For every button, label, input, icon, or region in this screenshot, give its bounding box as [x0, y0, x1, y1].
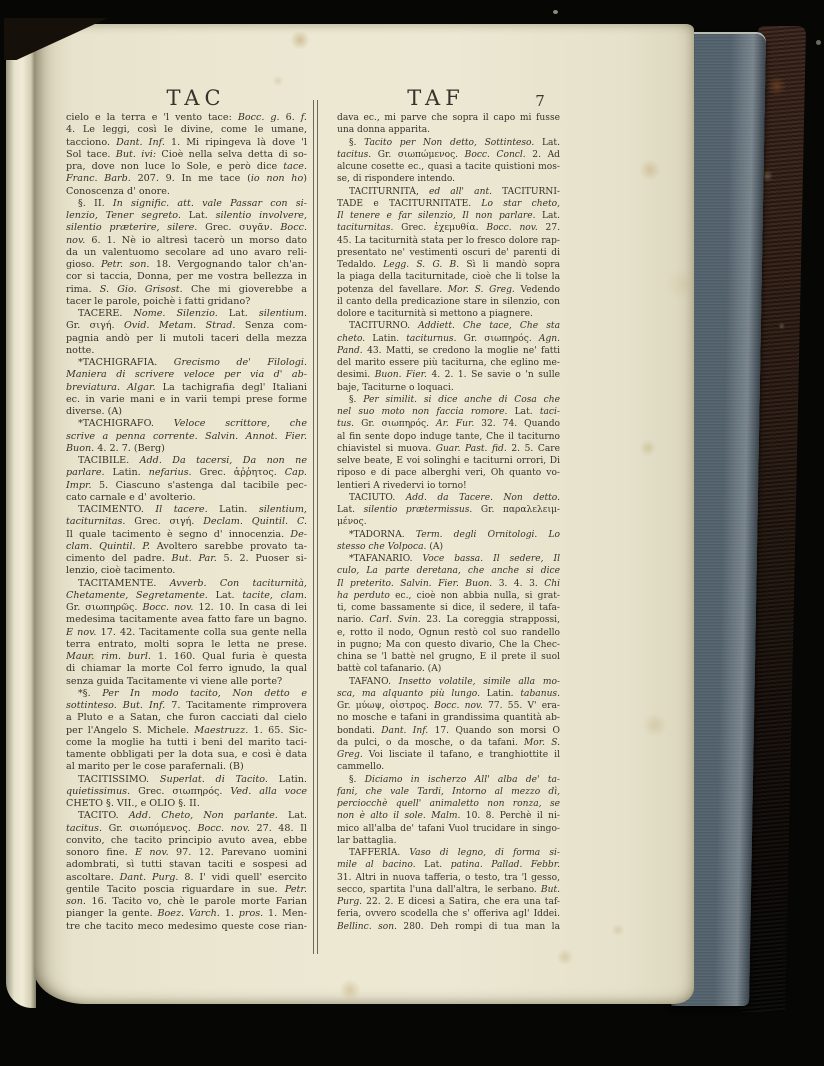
text-line: nario. Carl. Svin. 23. La coreggia strap… [337, 614, 560, 626]
text-line: *TADORNA. Term. degli Ornitologi. Lo [337, 529, 560, 541]
text-line: china se 'l battè nel grugno, E il prete… [337, 651, 560, 663]
text-line: sottinteso. But. Inf. 7. Tacitamente rim… [66, 700, 307, 712]
text-line: §. II. In signific. att. vale Passar con… [66, 198, 307, 210]
text-line: Purg. 22. 2. E dicesi a Satira, che era … [337, 896, 560, 908]
text-line: da un valentuomo secolare ad uno avaro r… [66, 247, 307, 259]
text-line: una donna apparita. [337, 124, 560, 136]
text-line: nov. 6. 1. Nè io altresì tacerò un morso… [66, 235, 307, 247]
text-line: culo, La parte deretana, che anche si di… [337, 565, 560, 577]
text-line: *TACHIGRAFO. Veloce scrittore, che [66, 418, 307, 430]
text-line: ti, come bassamente si dice, il sedere, … [337, 602, 560, 614]
text-line: se, di rispondere intendo. [337, 173, 560, 185]
text-line: e, rotto il nodo, Ognun restò col suo ra… [337, 627, 560, 639]
text-line: Il quale tacimento è segno d' innocenzia… [66, 529, 307, 541]
text-line: dava ec., mi parve che sopra il capo mi … [337, 112, 560, 124]
running-title-left: TAC [166, 86, 225, 110]
running-title-right: TAF [407, 86, 465, 110]
text-line: Buon. 4. 2. 7. (Berg) [66, 443, 307, 455]
text-line: convito, che tacito principio avuto avea… [66, 835, 307, 847]
text-line: lentieri A rivedervi io torno! [337, 480, 560, 492]
text-line: fani, che vale Tardi, Intorno al mezzo d… [337, 786, 560, 798]
text-line: no mosche e tafani in grandissima quanti… [337, 712, 560, 724]
text-line: Conoscenza d' onore. [66, 186, 307, 198]
underlying-page-edge [6, 26, 36, 1008]
text-line: *§. Per In modo tacito, Non detto e [66, 688, 307, 700]
text-line: 45. La taciturnità stata per lo fresco d… [337, 235, 560, 247]
text-line: tacciono. Dant. Inf. 1. Mi ripingeva là … [66, 137, 307, 149]
text-line: Bellinc. son. 280. Deh rompi di tua man … [337, 921, 560, 933]
text-line: Franc. Barb. 207. 9. In me tace (io non … [66, 173, 307, 185]
text-line: cor si taccia, Donna, per me vostra bell… [66, 271, 307, 283]
text-line: §. Per similit. si dice anche di Cosa ch… [337, 394, 560, 406]
text-line: son. 16. Tacito vo, chè le parole morte … [66, 896, 307, 908]
text-line: stesso che Volpoca. (A) [337, 541, 560, 553]
text-line: pagnia andò per li mutoli taceri della m… [66, 333, 307, 345]
text-line: diverse. (A) [66, 406, 307, 418]
text-line: Gr. σιωπηρῶς. Bocc. nov. 12. 10. In casa… [66, 602, 307, 614]
text-line: Lat. silentio prætermissus. Gr. παραλελε… [337, 504, 560, 516]
text-line: CHETO §. VII., e OLIO §. II. [66, 798, 307, 810]
text-line: nel suo moto non faccia romore. Lat. tac… [337, 406, 560, 418]
text-line: Gr. μύωψ, οἶστρος. Bocc. nov. 77. 55. V'… [337, 700, 560, 712]
text-line: adombrati, sì tutti stavan taciti e sosp… [66, 859, 307, 871]
text-line: Tedaldo. Legg. S. G. B. Sì li mandò sopr… [337, 259, 560, 271]
text-line: baje, Taciturne o loquaci. [337, 382, 560, 394]
text-line: al fin sente dopo induge tante, Che il t… [337, 431, 560, 443]
text-line: lenzio, Tener segreto. Lat. silentio inv… [66, 210, 307, 222]
text-line: senza guida Tacitamente vi viene alle po… [66, 676, 307, 688]
text-line: scrive a penna corrente. Salvin. Annot. … [66, 431, 307, 443]
text-line: Pand. 43. Matti, se credono la moglie ne… [337, 345, 560, 357]
text-line: TACIBILE. Add. Da tacersi, Da non ne [66, 455, 307, 467]
text-line: a Pluto e a Satan, che furon cacciati da… [66, 712, 307, 724]
text-line: la piaga della taciturnitade, cioè che l… [337, 271, 560, 283]
text-line: 31. Altri in nuova tafferia, o testo, tr… [337, 872, 560, 884]
text-line: chiavistel si muova. Guar. Past. fid. 2.… [337, 443, 560, 455]
photo-background: TAC TAF 7 cielo e la terra e 'l vento ta… [0, 0, 824, 1066]
text-line: *TAFANARIO. Voce bassa. Il sedere, Il [337, 553, 560, 565]
text-line: perciocchè quell' animaletto non ronza, … [337, 798, 560, 810]
text-line: da pulci, o da mosche, o da tafani. Mor.… [337, 737, 560, 749]
text-line: clam. Quintil. P. Avoltero sarebbe prova… [66, 541, 307, 553]
text-line: tacitus. Gr. σιωπώμενος. Bocc. Concl. 2.… [337, 149, 560, 161]
text-line: quietissimus. Grec. σιωπηρός. Ved. alla … [66, 786, 307, 798]
column-divider [317, 100, 318, 954]
text-line: sca, ma alquanto più lungo. Latin. taban… [337, 688, 560, 700]
text-line: pianger la gente. Boez. Varch. 1. pros. … [66, 908, 307, 920]
text-line: TACIUTO. Add. da Tacere. Non detto. [337, 492, 560, 504]
column-divider [313, 100, 314, 954]
text-line: il canto della predicazione stare in sil… [337, 296, 560, 308]
text-line: E nov. 17. 42. Tacitamente colla sua gen… [66, 627, 307, 639]
text-line: tre che tacito meco medesimo queste cose… [66, 921, 307, 933]
text-line: pra, dove non luce lo Sole, e però dice … [66, 161, 307, 173]
text-line: TAFANO. Insetto volatile, simile alla mo… [337, 676, 560, 688]
text-line: cato carnale e d' avolterio. [66, 492, 307, 504]
text-line: come la moglie ha tutti i beni del marit… [66, 737, 307, 749]
text-line: gentile Tacito poscia riguardare in sue.… [66, 884, 307, 896]
text-line: presentato ne' vestimenti oscuri de' par… [337, 247, 560, 259]
text-line: tacitus. Gr. σιωπόμενος. Bocc. nov. 27. … [66, 823, 307, 835]
text-line: TACITO. Add. Cheto, Non parlante. Lat. [66, 810, 307, 822]
text-line: parlare. Latin. nefarius. Grec. ἀῤῥητος.… [66, 467, 307, 479]
text-line: battè col tafanario. (A) [337, 663, 560, 675]
text-line: notte. [66, 345, 307, 357]
text-line: taciturnitas. Grec. ἐχεμυθία. Bocc. nov.… [337, 222, 560, 234]
text-line: potenza del favellare. Mor. S. Greg. Ved… [337, 284, 560, 296]
text-line: alcune cosette ec., quasi a tacite quist… [337, 161, 560, 173]
text-line: taciturnitas. Grec. σιγή. Declam. Quinti… [66, 516, 307, 528]
text-line: cimento del padre. But. Par. 5. 2. Puose… [66, 553, 307, 565]
text-line: del marito essere più taciturna, che egl… [337, 357, 560, 369]
dust-speck [553, 10, 558, 14]
text-line: silentio præterire, silere. Grec. συγᾶν.… [66, 222, 307, 234]
text-line: §. Diciamo in ischerzo All' alba de' ta- [337, 774, 560, 786]
text-line: cheto. Latin. taciturnus. Gr. σιωπηρός. … [337, 333, 560, 345]
text-line: bondati. Dant. Inf. 17. Quando son morsi… [337, 725, 560, 737]
text-line: TADE e TACITURNITATE. Lo star cheto, [337, 198, 560, 210]
text-line: rima. S. Gio. Grisost. Che mi gioverebbe… [66, 284, 307, 296]
text-line: TACITISSIMO. Superlat. di Tacito. Latin. [66, 774, 307, 786]
dust-speck [816, 40, 821, 45]
text-line: lenzio, cioè tacimento. [66, 565, 307, 577]
text-line: cammello. [337, 761, 560, 773]
text-line: TACITURNO. Addiett. Che tace, Che sta [337, 320, 560, 332]
text-line: ha perduto ec., cioè non abbia nulla, si… [337, 590, 560, 602]
text-line: Sol tace. But. ivi: Cioè nella selva det… [66, 149, 307, 161]
text-line: tamente obbligati per la dota sua, e cos… [66, 749, 307, 761]
text-line: lar battaglia. [337, 835, 560, 847]
text-line: secco, spartita l'una dall'altra, le ser… [337, 884, 560, 896]
text-line: sonoro fine. E nov. 97. 12. Parevano uom… [66, 847, 307, 859]
text-line: TACITURNITÀ, ed all' ant. TACITURNI- [337, 186, 560, 198]
text-line: gioso. Petr. son. 18. Vergognando talor … [66, 259, 307, 271]
text-line: di chiamar la morte Col ferro ignudo, la… [66, 663, 307, 675]
text-line: Maur. rim. burl. 1. 160. Qual furia è qu… [66, 651, 307, 663]
text-column-right: dava ec., mi parve che sopra il capo mi … [337, 112, 560, 933]
text-line: §. Tacito per Non detto, Sottinteso. Lat… [337, 137, 560, 149]
text-line: breviatura. Algar. La tachigrafia degl' … [66, 382, 307, 394]
text-line: selve beate, E voi solinghi e taciturni … [337, 455, 560, 467]
text-line: Chetamente, Segretamente. Lat. tacite, c… [66, 590, 307, 602]
text-line: tacer le parole, poichè i fatti gridano? [66, 296, 307, 308]
text-line: TACIMENTO. Il tacere. Latin. silentium, [66, 504, 307, 516]
text-line: cielo e la terra e 'l vento tace: Bocc. … [66, 112, 307, 124]
text-line: al marito per le cose parafernali. (B) [66, 761, 307, 773]
text-line: mico all'alba de' tafani Vuol trucidare … [337, 823, 560, 835]
text-line: ec. in varie mani e in varii tempi prese… [66, 394, 307, 406]
text-line: Il tenere e far silenzio, Il non parlare… [337, 210, 560, 222]
text-line: μένος. [337, 516, 560, 528]
text-line: feria, ovvero scodella che s' offeriva a… [337, 908, 560, 920]
text-column-left: cielo e la terra e 'l vento tace: Bocc. … [66, 112, 307, 933]
page-number: 7 [535, 92, 545, 110]
text-line: riposo e di pace alberghi veri, Oh quant… [337, 467, 560, 479]
text-line: in pugno; Ma con questo divario, Che la … [337, 639, 560, 651]
text-line: Maniera di scrivere veloce per via d' ab… [66, 369, 307, 381]
text-line: Il preterito. Salvin. Fier. Buon. 3. 4. … [337, 578, 560, 590]
text-line: Gr. σιγή. Ovid. Metam. Strad. Senza com- [66, 320, 307, 332]
text-line: medesima tacitamente avea fatto fare un … [66, 614, 307, 626]
text-line: tus. Gr. σιωπηρός. Ar. Fur. 32. 74. Quan… [337, 418, 560, 430]
text-line: Greg. Voi lisciate il tafano, e tranghio… [337, 749, 560, 761]
text-line: TAFFERÌA. Vaso di legno, di forma si- [337, 847, 560, 859]
text-line: desimi. Buon. Fier. 4. 2. 1. Se savie o … [337, 369, 560, 381]
book-page: TAC TAF 7 cielo e la terra e 'l vento ta… [34, 24, 694, 1004]
text-line: per l'Angelo S. Michele. Maestruzz. 1. 6… [66, 725, 307, 737]
text-line: mile al bacino. Lat. patina. Pallad. Feb… [337, 859, 560, 871]
text-line: dolore e taciturnità si mettono a piagne… [337, 308, 560, 320]
text-line: TACERE. Nome. Silenzio. Lat. silentium. [66, 308, 307, 320]
text-line: terra entrato, molti sopra le letta ne p… [66, 639, 307, 651]
text-line: non è alto il sole. Malm. 10. 8. Perchè … [337, 810, 560, 822]
text-line: 4. Le leggi, così le divine, come le uma… [66, 124, 307, 136]
text-line: ascoltare. Dant. Purg. 8. I' vidi quell'… [66, 872, 307, 884]
text-line: TACITAMENTE. Avverb. Con taciturnità, [66, 578, 307, 590]
text-line: *TACHIGRAFIA. Grecismo de' Filologi. [66, 357, 307, 369]
text-line: Impr. 5. Ciascuno s'astenga dal tacibile… [66, 480, 307, 492]
